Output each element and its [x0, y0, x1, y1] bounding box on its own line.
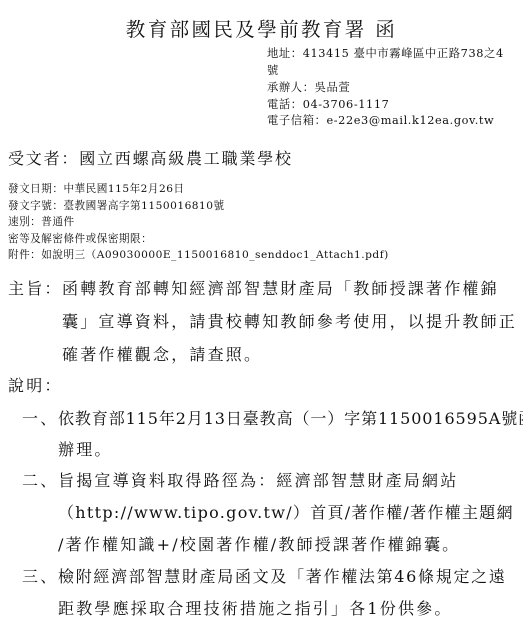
handler-name: 承辦人：吳品萱	[267, 80, 350, 97]
item-line: 旨揭宣導資料取得路徑為：經濟部智慧財產局網站	[58, 468, 458, 491]
item-marker: 三、	[22, 564, 58, 587]
address-line-continued: 號	[267, 63, 279, 80]
item-line: 距教學應採取合理技術措施之指引」各1份供參。	[58, 596, 453, 619]
issue-date: 發文日期：中華民國115年2月26日	[8, 181, 185, 196]
item-marker: 二、	[22, 468, 58, 491]
item-line: 辦理。	[58, 437, 113, 460]
item-line: 依教育部115年2月13日臺教高（一）字第1150016595A號函	[58, 406, 523, 429]
email-address[interactable]: 電子信箱：e-22e3@mail.k12ea.gov.tw	[267, 113, 494, 130]
confidentiality: 密等及解密條件或保密期限：	[8, 231, 152, 246]
subject-line: 函轉教育部轉知經濟部智慧財產局「教師授課著作權錦	[62, 276, 499, 299]
speed-class: 速別：普通件	[8, 214, 75, 229]
subject-line: 確著作權觀念，請查照。	[62, 342, 262, 365]
subject-line: 囊」宣導資料，請貴校轉知教師參考使用，以提升教師正	[62, 309, 517, 332]
explanation-label: 說明：	[8, 373, 63, 396]
document-number: 發文字號：臺教國署高字第1150016810號	[8, 198, 225, 213]
item-marker: 一、	[22, 406, 58, 429]
recipient: 受文者：國立西螺高級農工職業學校	[8, 146, 293, 169]
phone-number: 電話：04-3706-1117	[267, 97, 389, 114]
item-line: 檢附經濟部智慧財產局函文及「著作權法第46條規定之遠	[58, 564, 507, 587]
item-line: /著作權知識+/校園著作權/教師授課著作權錦囊。	[58, 532, 460, 555]
document-title: 教育部國民及學前教育署 函	[0, 14, 523, 42]
subject-label: 主旨：	[8, 276, 63, 299]
attachment-link[interactable]: 附件：如說明三（A09030000E_1150016810_senddoc1_A…	[8, 247, 389, 262]
address-line: 地址：413415 臺中市霧峰區中正路738之4	[267, 46, 504, 63]
item-line-url[interactable]: （http://www.tipo.gov.tw/）首頁/著作權/著作權主題網	[58, 500, 514, 523]
